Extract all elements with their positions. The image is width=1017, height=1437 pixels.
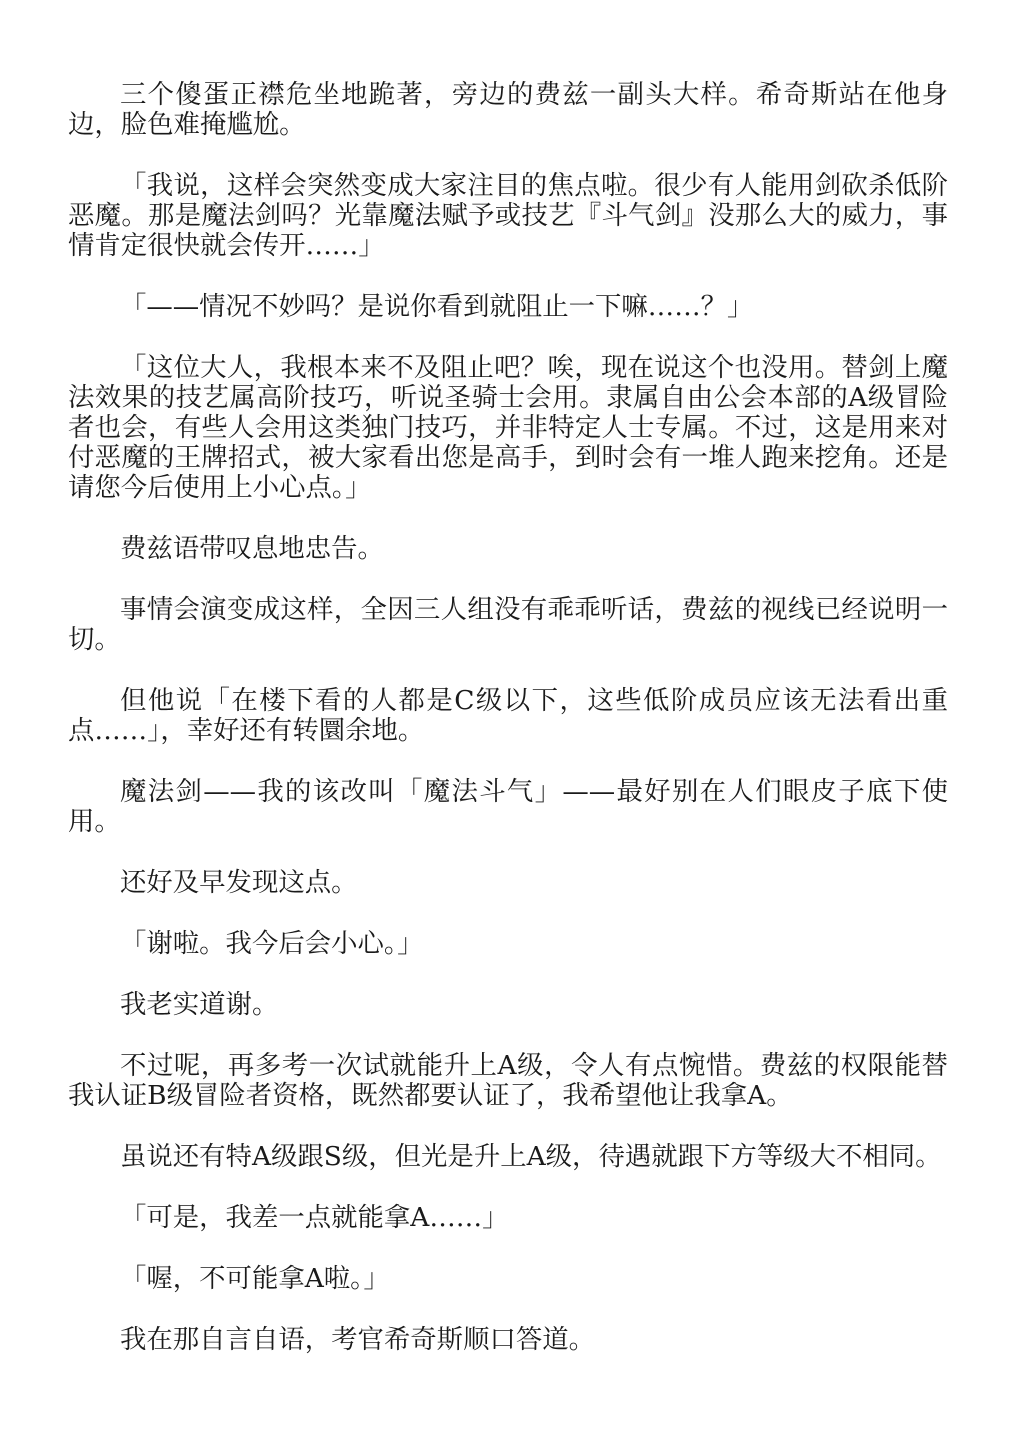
paragraph: 虽说还有特A级跟S级，但光是升上A级，待遇就跟下方等级大不相同。 (68, 1142, 948, 1172)
paragraph: 还好及早发现这点。 (68, 868, 948, 898)
paragraph: 「可是，我差一点就能拿A……」 (68, 1203, 948, 1233)
paragraph: 我老实道谢。 (68, 990, 948, 1020)
paragraph: 费兹语带叹息地忠告。 (68, 534, 948, 564)
paragraph: 「谢啦。我今后会小心。」 (68, 929, 948, 959)
paragraph: 魔法剑——我的该改叫「魔法斗气」——最好别在人们眼皮子底下使用。 (68, 777, 948, 837)
paragraph: 「——情况不妙吗？是说你看到就阻止一下嘛……？」 (68, 292, 948, 322)
paragraph: 「我说，这样会突然变成大家注目的焦点啦。很少有人能用剑砍杀低阶恶魔。那是魔法剑吗… (68, 171, 948, 261)
paragraph: 我在那自言自语，考官希奇斯顺口答道。 (68, 1325, 948, 1355)
paragraph: 事情会演变成这样，全因三人组没有乖乖听话，费兹的视线已经说明一切。 (68, 595, 948, 655)
paragraph: 但他说「在楼下看的人都是C级以下，这些低阶成员应该无法看出重点……」，幸好还有转… (68, 686, 948, 746)
paragraph: 不过呢，再多考一次试就能升上A级，令人有点惋惜。费兹的权限能替我认证B级冒险者资… (68, 1051, 948, 1111)
paragraph: 「这位大人，我根本来不及阻止吧？唉，现在说这个也没用。替剑上魔法效果的技艺属高阶… (68, 353, 948, 503)
paragraph: 三个傻蛋正襟危坐地跪著，旁边的费兹一副头大样。希奇斯站在他身边，脸色难掩尴尬。 (68, 80, 948, 140)
paragraph: 「喔，不可能拿A啦。」 (68, 1264, 948, 1294)
document-page: 三个傻蛋正襟危坐地跪著，旁边的费兹一副头大样。希奇斯站在他身边，脸色难掩尴尬。 … (68, 80, 948, 1386)
